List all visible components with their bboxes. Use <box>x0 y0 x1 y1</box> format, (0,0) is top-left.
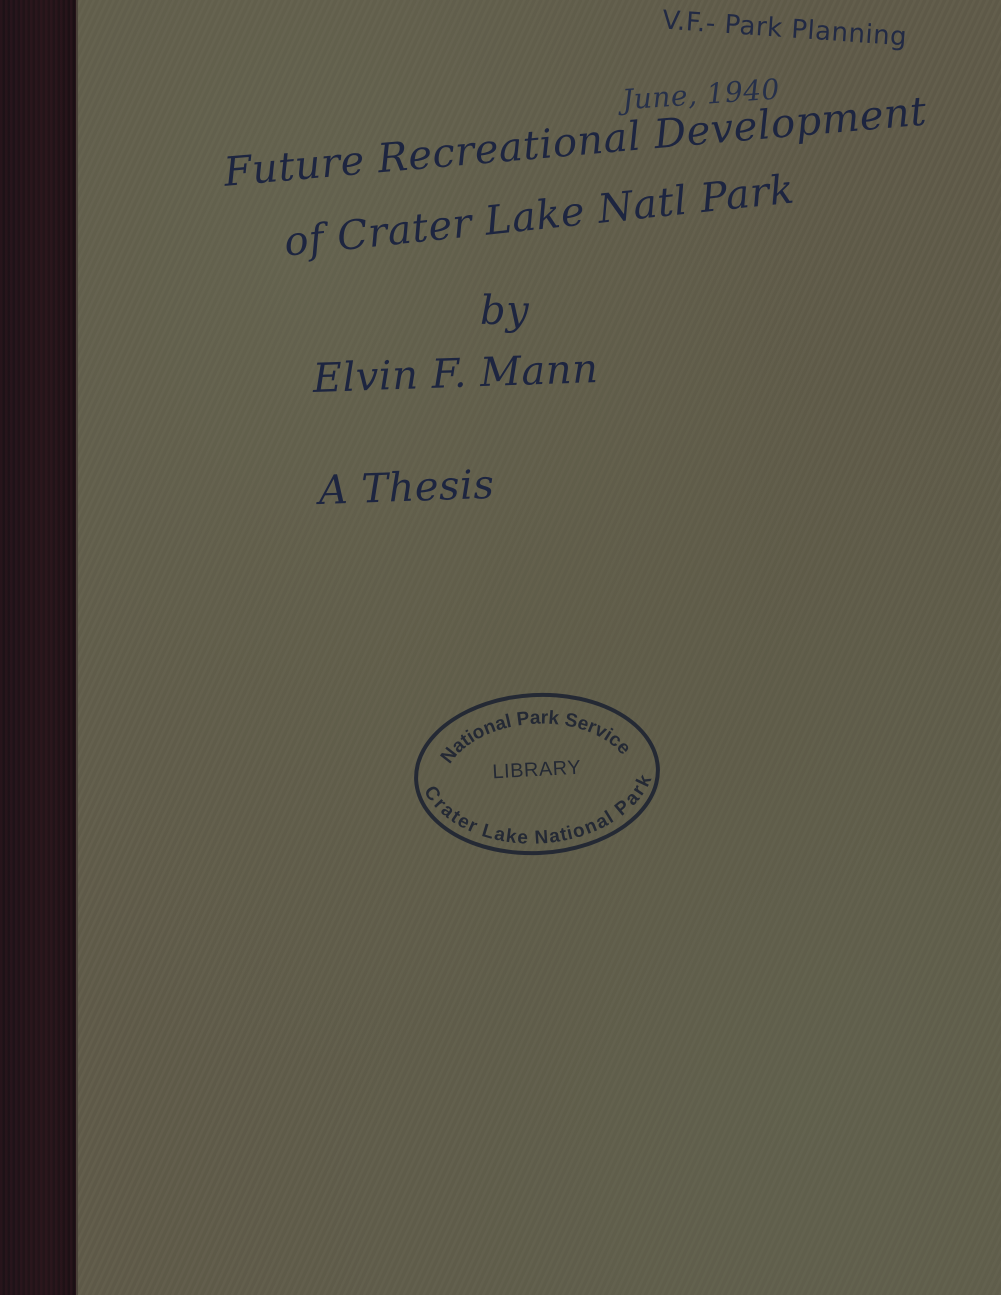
file-label: V.F.- Park Planning <box>661 5 908 52</box>
author-name: Elvin F. Mann <box>312 346 599 402</box>
title-line-1: Future Recreational Development <box>222 89 929 196</box>
document-cover: V.F.- Park Planning June, 1940 Future Re… <box>0 0 1001 1295</box>
document-type: A Thesis <box>318 462 495 514</box>
library-stamp: National Park Service Crater Lake Nation… <box>410 687 664 862</box>
byline-by: by <box>480 288 529 334</box>
book-spine <box>0 0 78 1295</box>
